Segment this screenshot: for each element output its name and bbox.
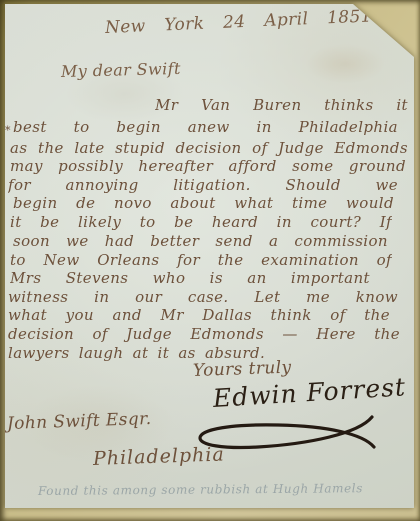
letter-body-line-10: Mrs Stevens who is an important: [10, 269, 370, 290]
letter-body-line-2: best to begin anew in Philadelphia: [13, 118, 398, 139]
margin-mark: *: [5, 124, 11, 137]
letter-body-line-4: may possibly hereafter afford some groun…: [10, 157, 406, 178]
letter-body-line-1: Mr Van Buren thinks it: [155, 96, 408, 117]
addressee-city: Philadelphia: [93, 443, 225, 470]
letter-body-line-12: what you and Mr Dallas think of the: [8, 306, 390, 327]
letter-body-line-13: decision of Judge Edmonds — Here the: [8, 325, 400, 346]
paper-stain: [305, 44, 385, 84]
letter-body-line-8: soon we had better send a commission: [13, 232, 388, 253]
addressee: John Swift Esqr.: [7, 409, 152, 434]
letter-paper: New York 24 April 1851. My dear Swift * …: [5, 4, 414, 508]
closing: Yours truly: [193, 358, 292, 381]
pencil-annotation: Found this among some rubbish at Hugh Ha…: [38, 481, 363, 498]
letter-body-line-6: begin de novo about what time would: [13, 194, 394, 215]
salutation: My dear Swift: [61, 59, 181, 81]
letter-paper-wrap: New York 24 April 1851. My dear Swift * …: [5, 4, 414, 508]
letter-body-line-7: it be likely to be heard in court? If: [10, 213, 392, 234]
dateline: New York 24 April 1851.: [105, 6, 379, 39]
letter-photograph: New York 24 April 1851. My dear Swift * …: [0, 0, 420, 521]
